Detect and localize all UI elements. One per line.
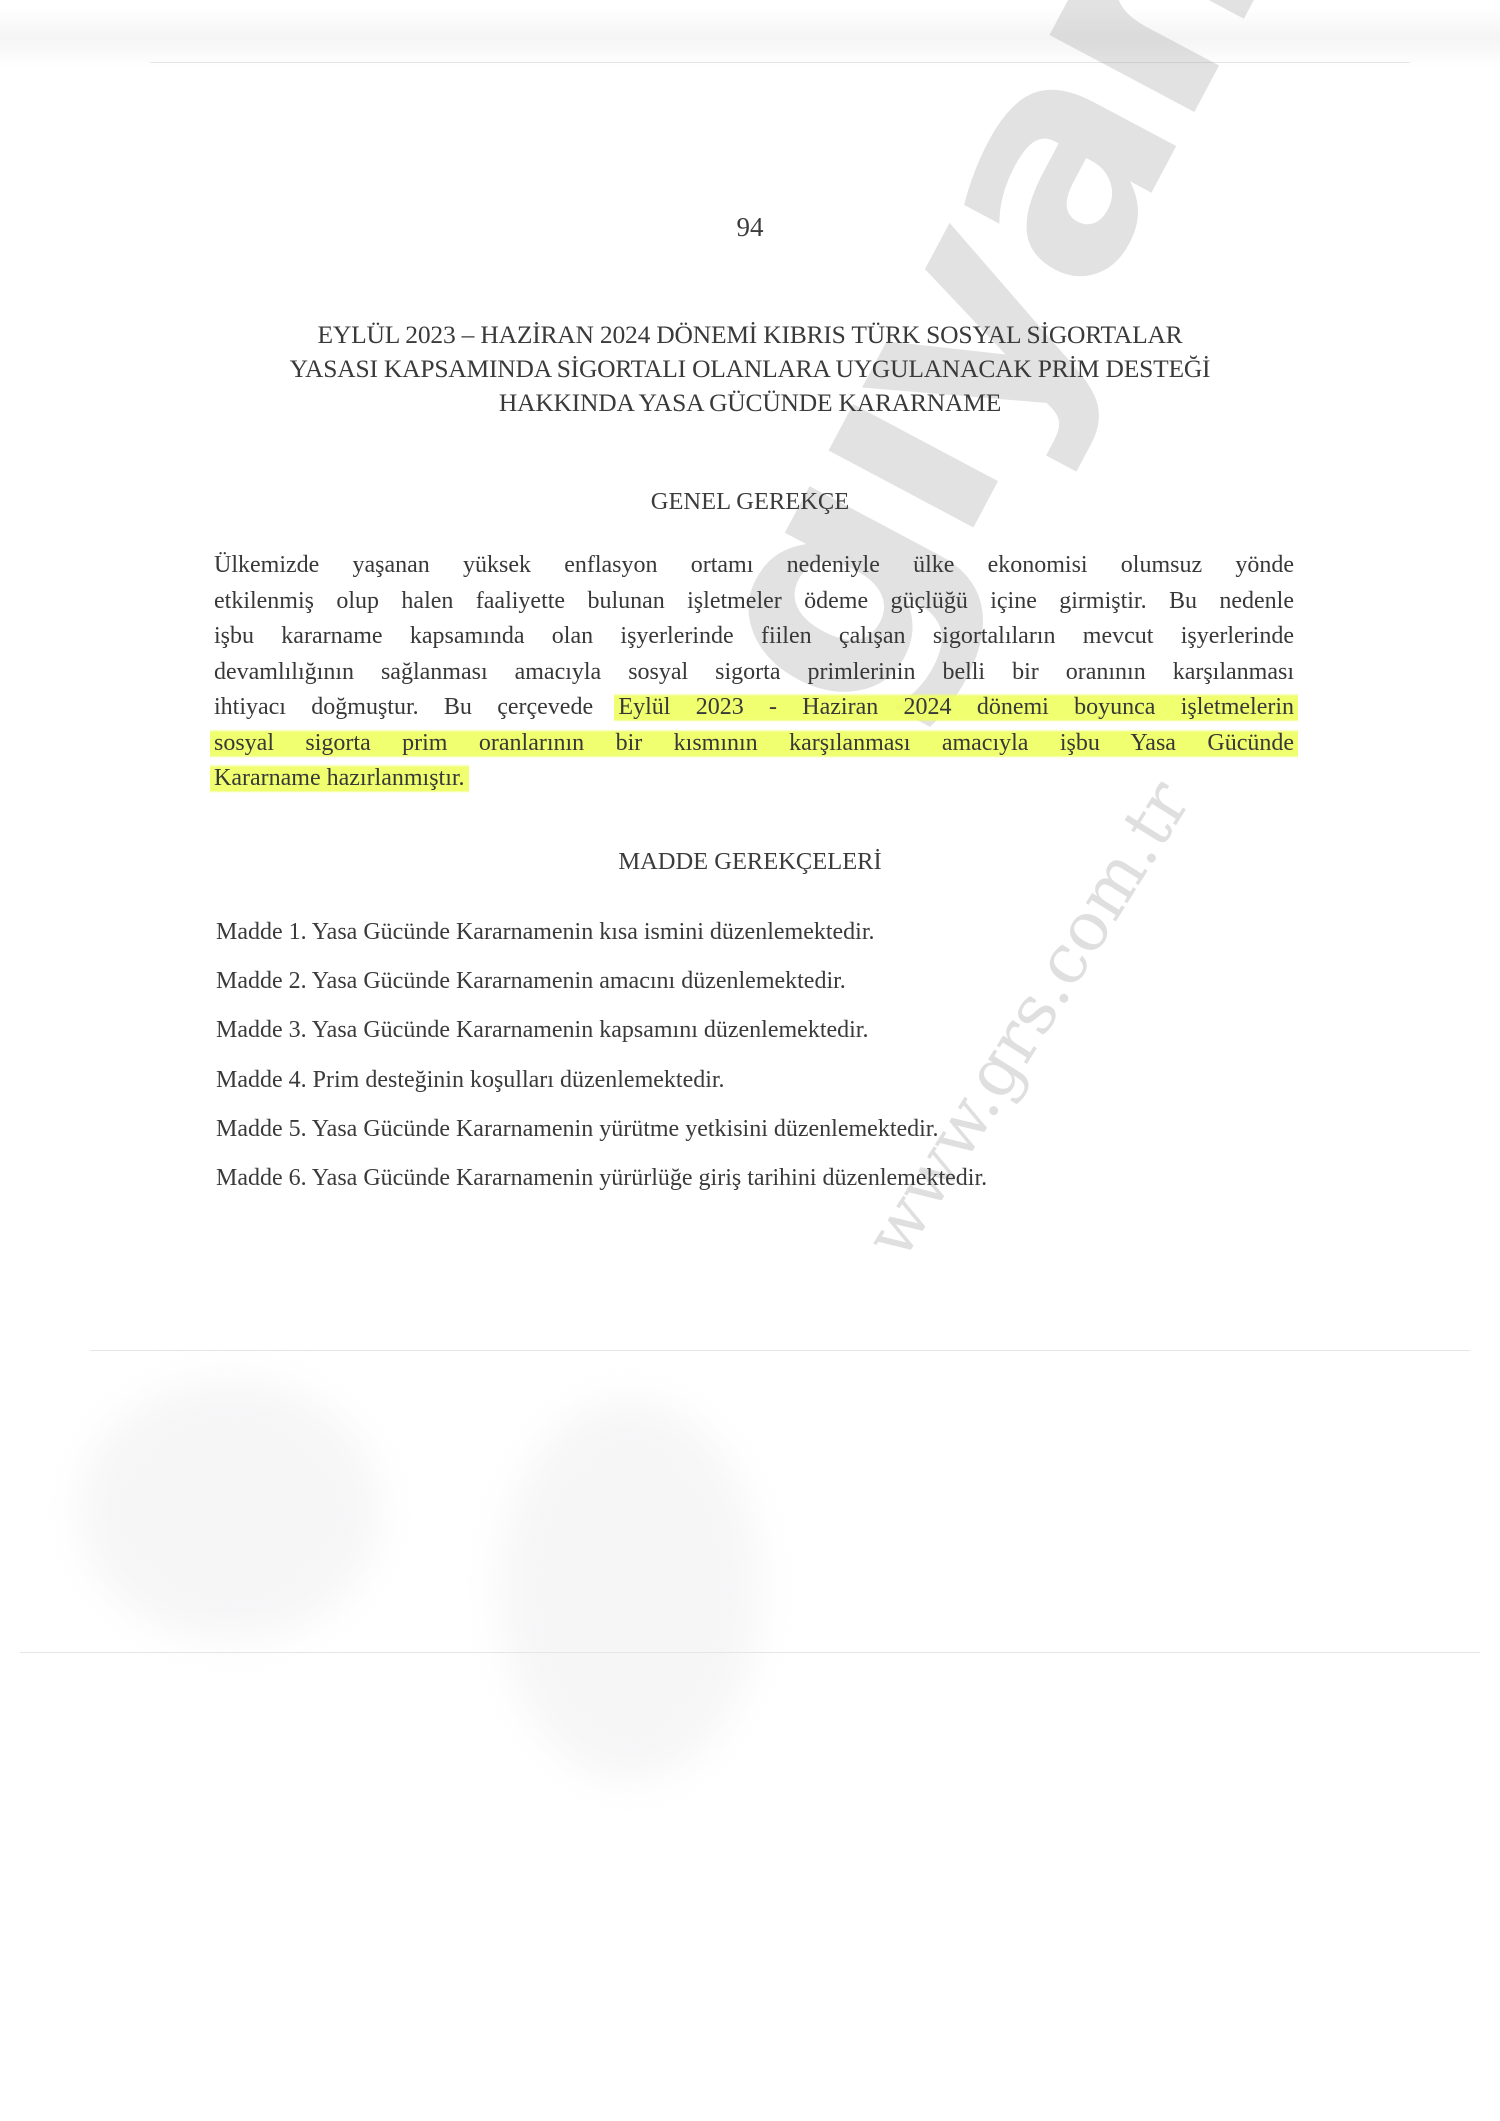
title-line: HAKKINDA YASA GÜCÜNDE KARARNAME <box>180 386 1320 420</box>
general-rationale-paragraph: Ülkemizde yaşanan yüksek enflasyon ortam… <box>214 548 1294 797</box>
paragraph-line: işbu kararname kapsamında olan işyerleri… <box>214 619 1294 655</box>
paragraph-line: etkilenmiş olup halen faaliyette bulunan… <box>214 584 1294 620</box>
list-item: Madde 6. Yasa Gücünde Kararnamenin yürür… <box>216 1165 1316 1214</box>
article-rationale-heading: MADDE GEREKÇELERİ <box>0 848 1500 876</box>
list-item: Madde 5. Yasa Gücünde Kararnamenin yürüt… <box>216 1116 1316 1165</box>
scan-smudge <box>80 1380 380 1640</box>
scan-line <box>90 1350 1470 1351</box>
scan-artifact-top <box>0 8 1500 68</box>
general-rationale-heading: GENEL GEREKÇE <box>0 488 1500 516</box>
list-item: Madde 4. Prim desteğinin koşulları düzen… <box>216 1067 1316 1116</box>
paragraph-text: ihtiyacı doğmuştur. Bu çerçevede <box>214 694 618 720</box>
paragraph-line: sosyal sigorta prim oranlarının bir kısm… <box>214 726 1294 762</box>
list-item: Madde 2. Yasa Gücünde Kararnamenin amacı… <box>216 968 1316 1017</box>
page-number: 94 <box>0 212 1500 243</box>
highlighted-text: sosyal sigorta prim oranlarının bir kısm… <box>210 728 1298 758</box>
scan-smudge <box>500 1400 760 1780</box>
paragraph-line: Ülkemizde yaşanan yüksek enflasyon ortam… <box>214 548 1294 584</box>
highlighted-text: Kararname hazırlanmıştır. <box>210 763 469 793</box>
paragraph-line: ihtiyacı doğmuştur. Bu çerçevede Eylül 2… <box>214 690 1294 726</box>
paragraph-line: devamlılığının sağlanması amacıyla sosya… <box>214 655 1294 691</box>
title-line: EYLÜL 2023 – HAZİRAN 2024 DÖNEMİ KIBRIS … <box>180 318 1320 352</box>
highlighted-text: Eylül 2023 - Haziran 2024 dönemi boyunca… <box>614 692 1298 722</box>
scan-line <box>150 62 1410 63</box>
list-item: Madde 3. Yasa Gücünde Kararnamenin kapsa… <box>216 1017 1316 1066</box>
list-item: Madde 1. Yasa Gücünde Kararnamenin kısa … <box>216 919 1316 968</box>
document-title: EYLÜL 2023 – HAZİRAN 2024 DÖNEMİ KIBRIS … <box>180 318 1320 420</box>
article-rationale-list: Madde 1. Yasa Gücünde Kararnamenin kısa … <box>216 919 1316 1214</box>
title-line: YASASI KAPSAMINDA SİGORTALI OLANLARA UYG… <box>180 352 1320 386</box>
paragraph-line: Kararname hazırlanmıştır. <box>214 761 1294 797</box>
